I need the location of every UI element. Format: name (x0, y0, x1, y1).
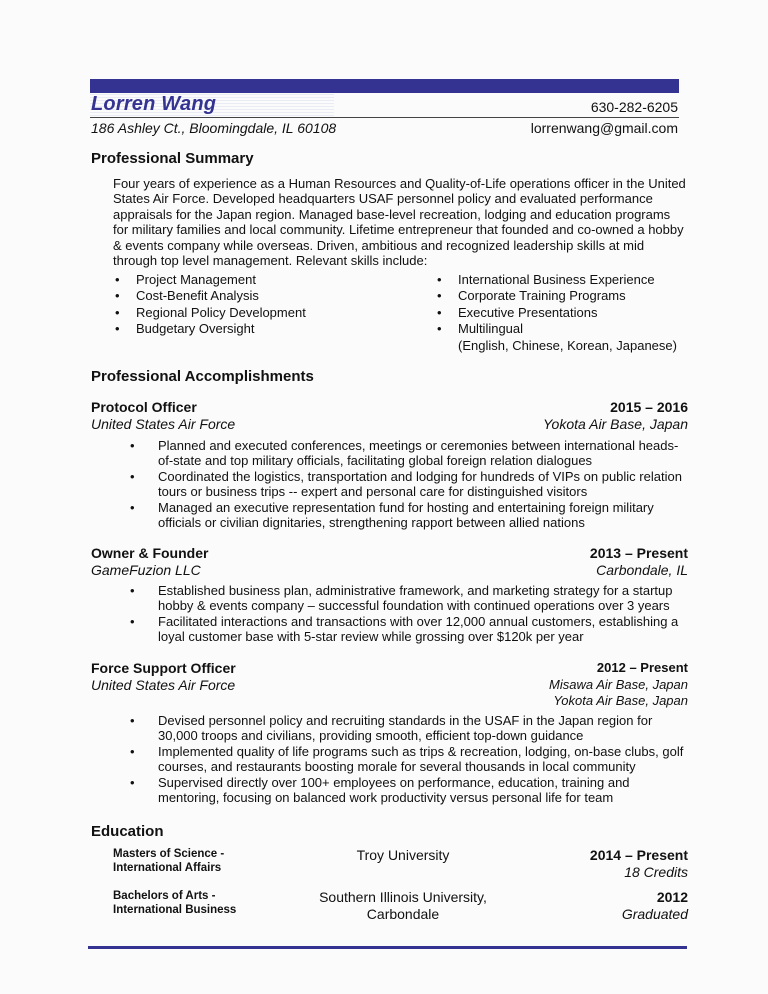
bullet-icon: • (437, 272, 442, 288)
job-title: Owner & Founder (91, 545, 208, 562)
bullet-icon: • (437, 305, 442, 321)
section-title-accomplishments: Professional Accomplishments (91, 368, 314, 385)
list-item: •Supervised directly over 100+ employees… (130, 775, 690, 806)
skills-list-right: •International Business Experience •Corp… (437, 272, 677, 354)
degree: Masters of Science - International Affai… (113, 847, 283, 875)
list-item: •Cost-Benefit Analysis (115, 288, 306, 304)
bullet-text: Supervised directly over 100+ employees … (158, 775, 630, 805)
school-name: Troy University (293, 847, 513, 864)
list-item: •Multilingual(English, Chinese, Korean, … (437, 321, 677, 354)
education-dates: 2014 – Present (590, 847, 688, 864)
list-item: •International Business Experience (437, 272, 677, 288)
bullet-icon: • (130, 713, 135, 728)
bullet-icon: • (130, 583, 135, 598)
degree-name: Bachelors of Arts - (113, 889, 283, 903)
bullet-icon: • (115, 321, 120, 337)
bullet-icon: • (437, 288, 442, 304)
job-location: Misawa Air Base, Japan (549, 677, 688, 693)
bullet-text: Planned and executed conferences, meetin… (158, 438, 678, 468)
list-item: •Devised personnel policy and recruiting… (130, 713, 690, 744)
job-title: Force Support Officer (91, 660, 236, 677)
job-location: Carbondale, IL (596, 562, 688, 579)
job-bullets: •Established business plan, administrati… (130, 583, 690, 645)
job-locations: Misawa Air Base, Japan Yokota Air Base, … (549, 677, 688, 709)
list-item: •Coordinated the logistics, transportati… (130, 469, 690, 500)
bullet-icon: • (130, 744, 135, 759)
bullet-text: Devised personnel policy and recruiting … (158, 713, 652, 743)
job-organization: United States Air Force (91, 677, 235, 709)
education-status: 2014 – Present 18 Credits (590, 847, 688, 881)
skill-label: Budgetary Oversight (136, 321, 255, 336)
job-bullets: •Planned and executed conferences, meeti… (130, 438, 690, 530)
school-name: Southern Illinois University, (293, 889, 513, 906)
skill-label: Executive Presentations (458, 305, 597, 320)
bullet-text: Implemented quality of life programs suc… (158, 744, 683, 774)
list-item: •Executive Presentations (437, 305, 677, 321)
list-item: •Project Management (115, 272, 306, 288)
job-location: Yokota Air Base, Japan (549, 693, 688, 709)
header-accent-bar (90, 79, 679, 93)
job-dates: 2013 – Present (590, 545, 688, 562)
degree-name: Masters of Science - (113, 847, 283, 861)
list-item: •Corporate Training Programs (437, 288, 677, 304)
skill-note: (English, Chinese, Korean, Japanese) (458, 338, 677, 353)
job-organization: GameFuzion LLC (91, 562, 201, 579)
degree-field: International Business (113, 903, 283, 917)
bullet-text: Managed an executive representation fund… (158, 500, 654, 530)
school: Southern Illinois University, Carbondale (293, 889, 513, 923)
section-title-education: Education (91, 823, 164, 840)
bullet-icon: • (115, 288, 120, 304)
bullet-icon: • (115, 272, 120, 288)
list-item: •Regional Policy Development (115, 305, 306, 321)
education-dates: 2012 (622, 889, 688, 906)
bullet-icon: • (130, 469, 135, 484)
bullet-icon: • (437, 321, 442, 337)
skills-list-left: •Project Management •Cost-Benefit Analys… (115, 272, 306, 338)
bullet-icon: • (130, 438, 135, 453)
school: Troy University (293, 847, 513, 864)
header-divider (90, 117, 679, 118)
degree: Bachelors of Arts - International Busine… (113, 889, 283, 917)
bullet-icon: • (130, 500, 135, 515)
bullet-icon: • (130, 775, 135, 790)
list-item: •Budgetary Oversight (115, 321, 306, 337)
candidate-name: Lorren Wang (91, 93, 216, 116)
education-note: Graduated (622, 906, 688, 923)
job-dates: 2015 – 2016 (610, 399, 688, 416)
skill-label: Cost-Benefit Analysis (136, 288, 259, 303)
job-bullets: •Devised personnel policy and recruiting… (130, 713, 690, 805)
school-location: Carbondale (293, 906, 513, 923)
skill-label: Multilingual (458, 321, 523, 336)
list-item: •Planned and executed conferences, meeti… (130, 438, 690, 469)
job-entry: Protocol Officer 2015 – 2016 United Stat… (91, 399, 688, 433)
job-entry: Owner & Founder 2013 – Present GameFuzio… (91, 545, 688, 579)
email-address: lorrenwang@gmail.com (531, 120, 678, 136)
job-title: Protocol Officer (91, 399, 197, 416)
bullet-text: Facilitated interactions and transaction… (158, 614, 678, 644)
bullet-icon: • (115, 305, 120, 321)
skill-label: Corporate Training Programs (458, 288, 626, 303)
phone-number: 630-282-6205 (591, 99, 678, 115)
education-status: 2012 Graduated (622, 889, 688, 923)
bullet-text: Established business plan, administrativ… (158, 583, 672, 613)
job-location: Yokota Air Base, Japan (543, 416, 688, 433)
degree-field: International Affairs (113, 861, 283, 875)
footer-divider (88, 946, 687, 949)
skill-label: International Business Experience (458, 272, 655, 287)
skill-label: Regional Policy Development (136, 305, 306, 320)
bullet-icon: • (130, 614, 135, 629)
section-title-summary: Professional Summary (91, 150, 254, 167)
bullet-text: Coordinated the logistics, transportatio… (158, 469, 682, 499)
job-organization: United States Air Force (91, 416, 235, 433)
list-item: •Implemented quality of life programs su… (130, 744, 690, 775)
summary-paragraph: Four years of experience as a Human Reso… (113, 176, 688, 268)
list-item: •Facilitated interactions and transactio… (130, 614, 690, 645)
education-note: 18 Credits (590, 864, 688, 881)
job-entry: Force Support Officer 2012 – Present Uni… (91, 660, 688, 709)
address: 186 Ashley Ct., Bloomingdale, IL 60108 (91, 120, 336, 136)
job-dates: 2012 – Present (597, 660, 688, 677)
list-item: •Managed an executive representation fun… (130, 500, 690, 531)
list-item: •Established business plan, administrati… (130, 583, 690, 614)
skill-label: Project Management (136, 272, 256, 287)
